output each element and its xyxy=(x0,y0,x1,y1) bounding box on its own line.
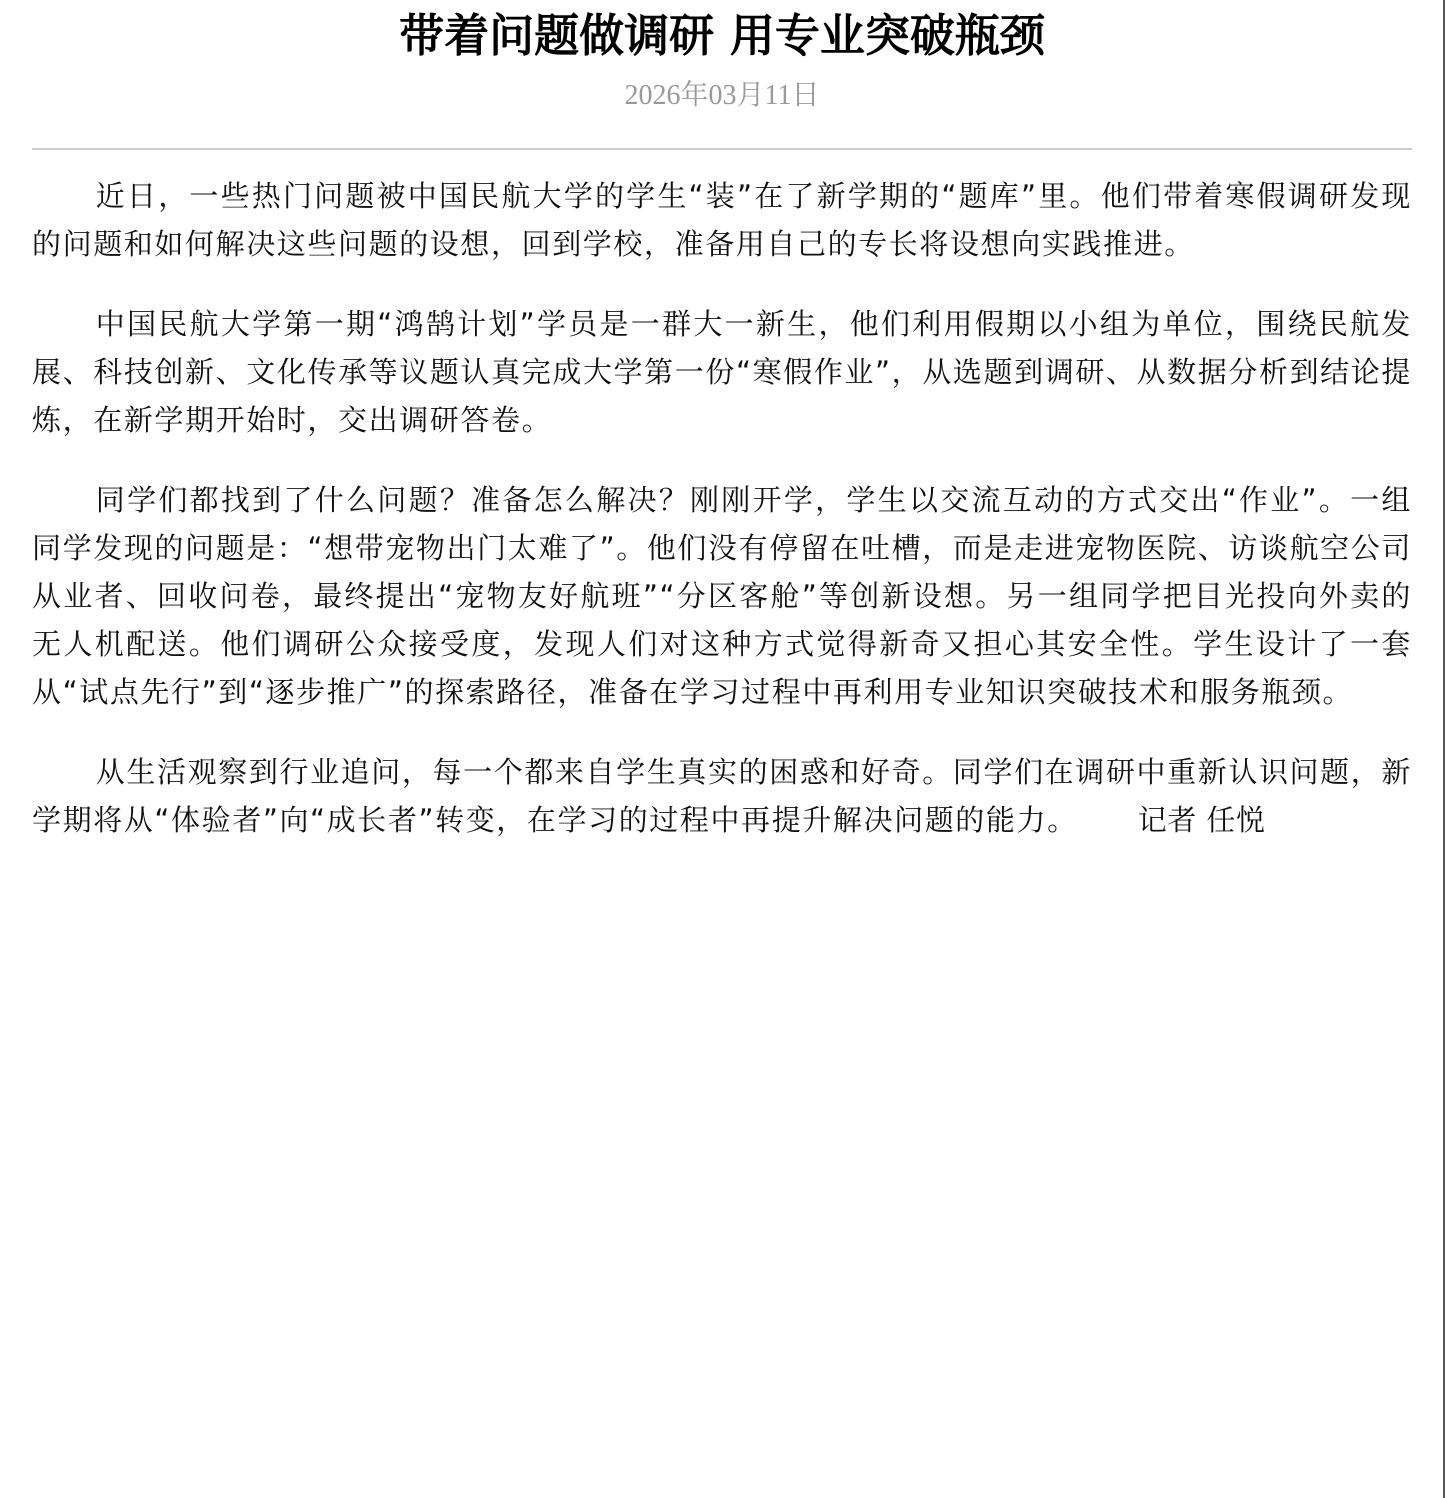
window-right-border xyxy=(1443,0,1445,1498)
paragraph-2: 中国民航大学第一期“鸿鹄计划”学员是一群大一新生，他们利用假期以小组为单位，围绕… xyxy=(32,300,1412,444)
publish-date: 2026年03月11日 xyxy=(32,76,1412,116)
header-divider xyxy=(32,148,1412,150)
article: 带着问题做调研 用专业突破瓶颈 2026年03月11日 近日，一些热门问题被中国… xyxy=(32,0,1412,876)
article-body: 近日，一些热门问题被中国民航大学的学生“装”在了新学期的“题库”里。他们带着寒假… xyxy=(32,172,1412,844)
paragraph-3: 同学们都找到了什么问题？准备怎么解决？刚刚开学，学生以交流互动的方式交出“作业”… xyxy=(32,476,1412,716)
paragraph-1: 近日，一些热门问题被中国民航大学的学生“装”在了新学期的“题库”里。他们带着寒假… xyxy=(32,172,1412,268)
paragraph-4: 从生活观察到行业追问，每一个都来自学生真实的困惑和好奇。同学们在调研中重新认识问… xyxy=(32,748,1412,844)
article-title: 带着问题做调研 用专业突破瓶颈 xyxy=(32,0,1412,66)
reporter-byline: 记者 任悦 xyxy=(1138,803,1266,837)
